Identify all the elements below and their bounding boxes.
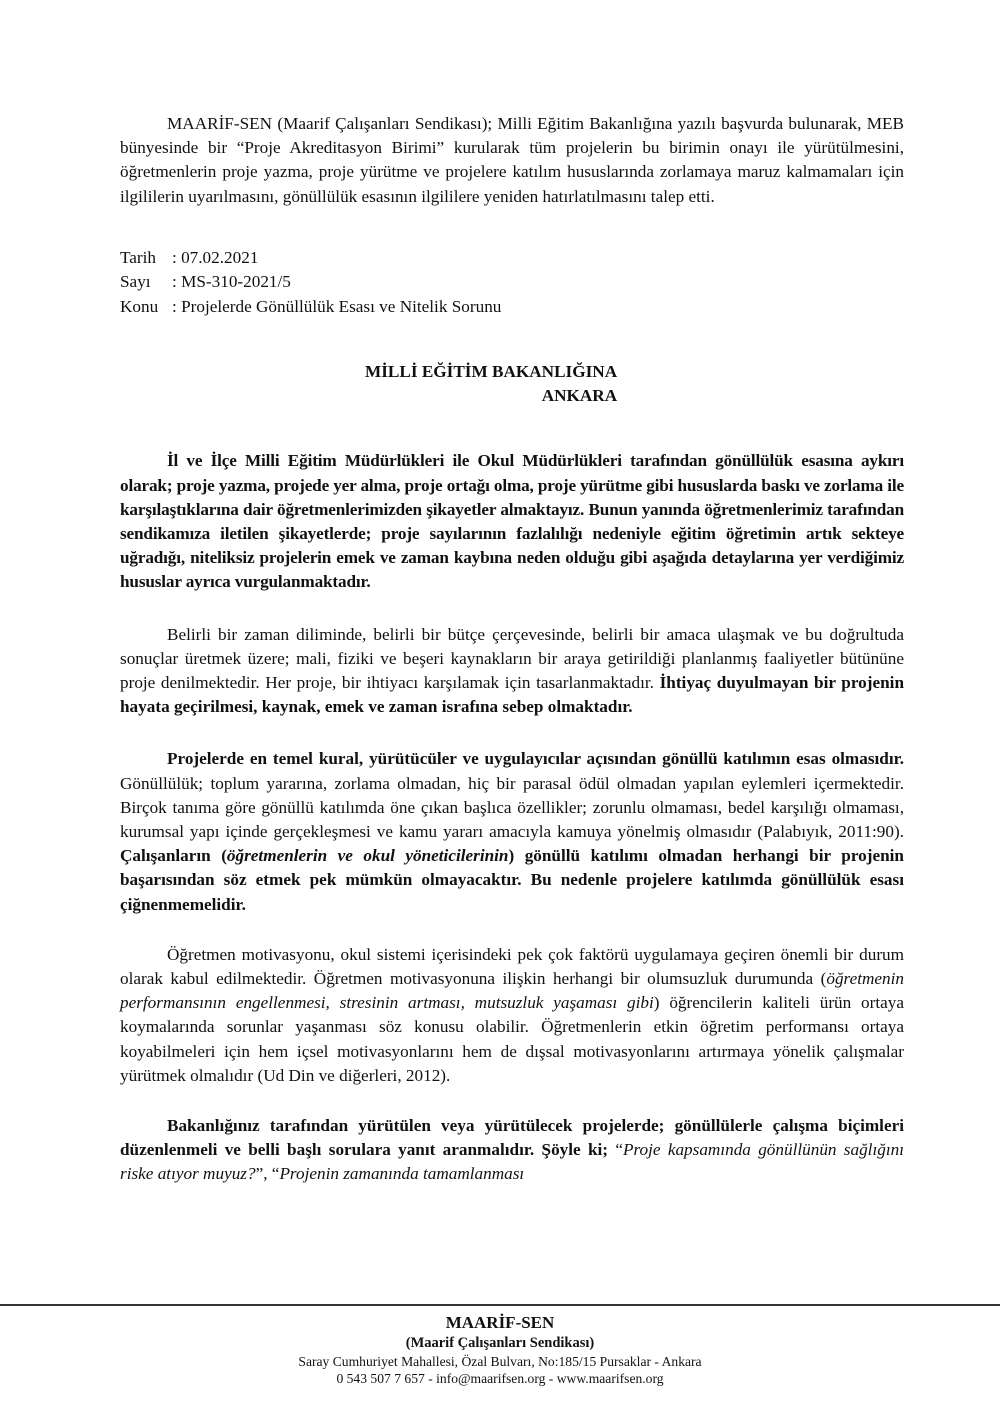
- footer-org-name: MAARİF-SEN: [0, 1312, 1000, 1334]
- meta-subject: Konu : Projelerde Gönüllülük Esası ve Ni…: [120, 295, 904, 320]
- recipient-heading: MİLLİ EĞİTİM BAKANLIĞINA ANKARA: [365, 360, 617, 408]
- meta-value: : MS-310-2021/5: [172, 270, 291, 295]
- footer-address: Saray Cumhuriyet Mahallesi, Özal Bulvarı…: [0, 1353, 1000, 1370]
- meta-value: : 07.02.2021: [172, 246, 258, 271]
- letter-meta: Tarih : 07.02.2021 Sayı : MS-310-2021/5 …: [120, 246, 904, 320]
- bold-text: Projelerde en temel kural, yürütücüler v…: [167, 749, 904, 768]
- meta-value: : Projelerde Gönüllülük Esası ve Nitelik…: [172, 295, 501, 320]
- meta-label: Tarih: [120, 246, 172, 271]
- footer-org-full-name: (Maarif Çalışanları Sendikası): [0, 1334, 1000, 1353]
- paragraph-voluntary-rule: Projelerde en temel kural, yürütücüler v…: [120, 747, 904, 916]
- document-body: MAARİF-SEN (Maarif Çalışanları Sendikası…: [120, 112, 904, 1187]
- recipient-city: ANKARA: [365, 384, 617, 408]
- body-text: Gönüllülük; toplum yararına, zorlama olm…: [120, 774, 904, 841]
- quote-mark: “: [608, 1140, 623, 1159]
- bold-text: Çalışanların (: [120, 846, 227, 865]
- recipient-block: MİLLİ EĞİTİM BAKANLIĞINA ANKARA: [120, 360, 904, 408]
- body-text: Öğretmen motivasyonu, okul sistemi içeri…: [120, 945, 904, 988]
- recipient-line: MİLLİ EĞİTİM BAKANLIĞINA: [365, 360, 617, 384]
- italic-text: Projenin zamanında tamamlanması: [279, 1164, 524, 1183]
- footer-contact: 0 543 507 7 657 - info@maarifsen.org - w…: [0, 1370, 1000, 1388]
- quote-mark: ”, “: [256, 1164, 280, 1183]
- meta-date: Tarih : 07.02.2021: [120, 246, 904, 271]
- paragraph-complaints: İl ve İlçe Milli Eğitim Müdürlükleri ile…: [120, 449, 904, 594]
- paragraph-motivation: Öğretmen motivasyonu, okul sistemi içeri…: [120, 943, 904, 1088]
- footer: MAARİF-SEN (Maarif Çalışanları Sendikası…: [0, 1312, 1000, 1388]
- meta-label: Sayı: [120, 270, 172, 295]
- footer-divider: [0, 1304, 1000, 1306]
- paragraph-questions: Bakanlığınız tarafından yürütülen veya y…: [120, 1114, 904, 1187]
- meta-label: Konu: [120, 295, 172, 320]
- bold-italic-text: öğretmenlerin ve okul yöneticilerinin: [227, 846, 509, 865]
- paragraph-project-definition: Belirli bir zaman diliminde, belirli bir…: [120, 623, 904, 720]
- bold-text: İl ve İlçe Milli Eğitim Müdürlükleri ile…: [120, 451, 904, 591]
- meta-number: Sayı : MS-310-2021/5: [120, 270, 904, 295]
- intro-paragraph: MAARİF-SEN (Maarif Çalışanları Sendikası…: [120, 112, 904, 209]
